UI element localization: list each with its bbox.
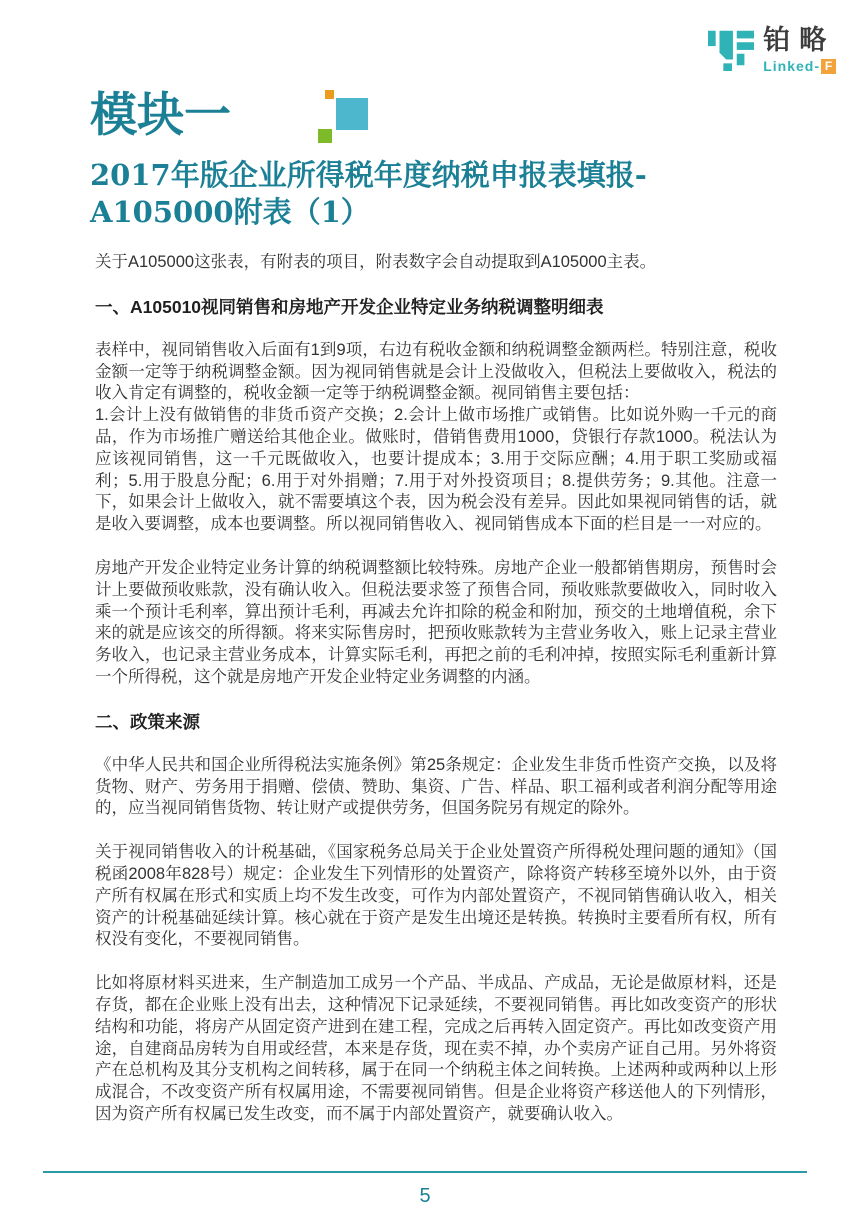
- brand-en-prefix: Linked-: [763, 58, 820, 74]
- document-page: 铂略 Linked- F 模块一 2017年版企业所得税年度纳税申报表填报- A…: [0, 0, 850, 1228]
- intro-paragraph: 关于A105000这张表，有附表的项目，附表数字会自动提取到A105000主表。: [95, 252, 777, 274]
- section1-paragraph1: 表样中，视同销售收入后面有1到9项，右边有税收金额和纳税调整金额两栏。特别注意，…: [95, 340, 777, 536]
- section1-paragraph1-part2: 1.会计上没有做销售的非货币资产交换；2.会计上做市场推广或销售。比如说外购一千…: [95, 406, 777, 533]
- section2-heading: 二、政策来源: [95, 711, 777, 733]
- section1-paragraph1-part1: 表样中，视同销售收入后面有1到9项，右边有税收金额和纳税调整金额两栏。特别注意，…: [95, 341, 777, 403]
- brand-name-en: Linked- F: [763, 58, 836, 74]
- footer-divider: [43, 1171, 807, 1173]
- section1-paragraph2: 房地产开发企业特定业务计算的纳税调整额比较特殊。房地产企业一般都销售期房，预售时…: [95, 558, 777, 689]
- linked-f-logo-icon: [708, 25, 754, 71]
- brand-name-cn: 铂略: [763, 26, 836, 54]
- section2-paragraph1: 《中华人民共和国企业所得税法实施条例》第25条规定：企业发生非货币性资产交换，以…: [95, 755, 777, 820]
- brand-logo: 铂略 Linked- F: [708, 25, 836, 74]
- document-body: 关于A105000这张表，有附表的项目，附表数字会自动提取到A105000主表。…: [95, 252, 777, 1148]
- subtitle-line1: 2017年版企业所得税年度纳税申报表填报-: [90, 158, 647, 192]
- section1-heading: 一、A105010视同销售和房地产开发企业特定业务纳税调整明细表: [95, 296, 777, 318]
- section2-paragraph2: 关于视同销售收入的计税基础，《国家税务总局关于企业处置资产所得税处理问题的通知》…: [95, 842, 777, 951]
- page-number: 5: [0, 1185, 850, 1208]
- brand-text: 铂略 Linked- F: [763, 25, 836, 74]
- section2-paragraph3: 比如将原材料买进来，生产制造加工成另一个产品、半成品、产成品，无论是做原材料，还…: [95, 973, 777, 1126]
- page-subtitle: 2017年版企业所得税年度纳税申报表填报- A105000附表（1）: [90, 157, 800, 231]
- module-title: 模块一: [90, 88, 800, 144]
- subtitle-line2: A105000附表（1）: [90, 195, 370, 229]
- brand-en-badge: F: [821, 59, 836, 74]
- title-section: 模块一 2017年版企业所得税年度纳税申报表填报- A105000附表（1）: [90, 88, 800, 231]
